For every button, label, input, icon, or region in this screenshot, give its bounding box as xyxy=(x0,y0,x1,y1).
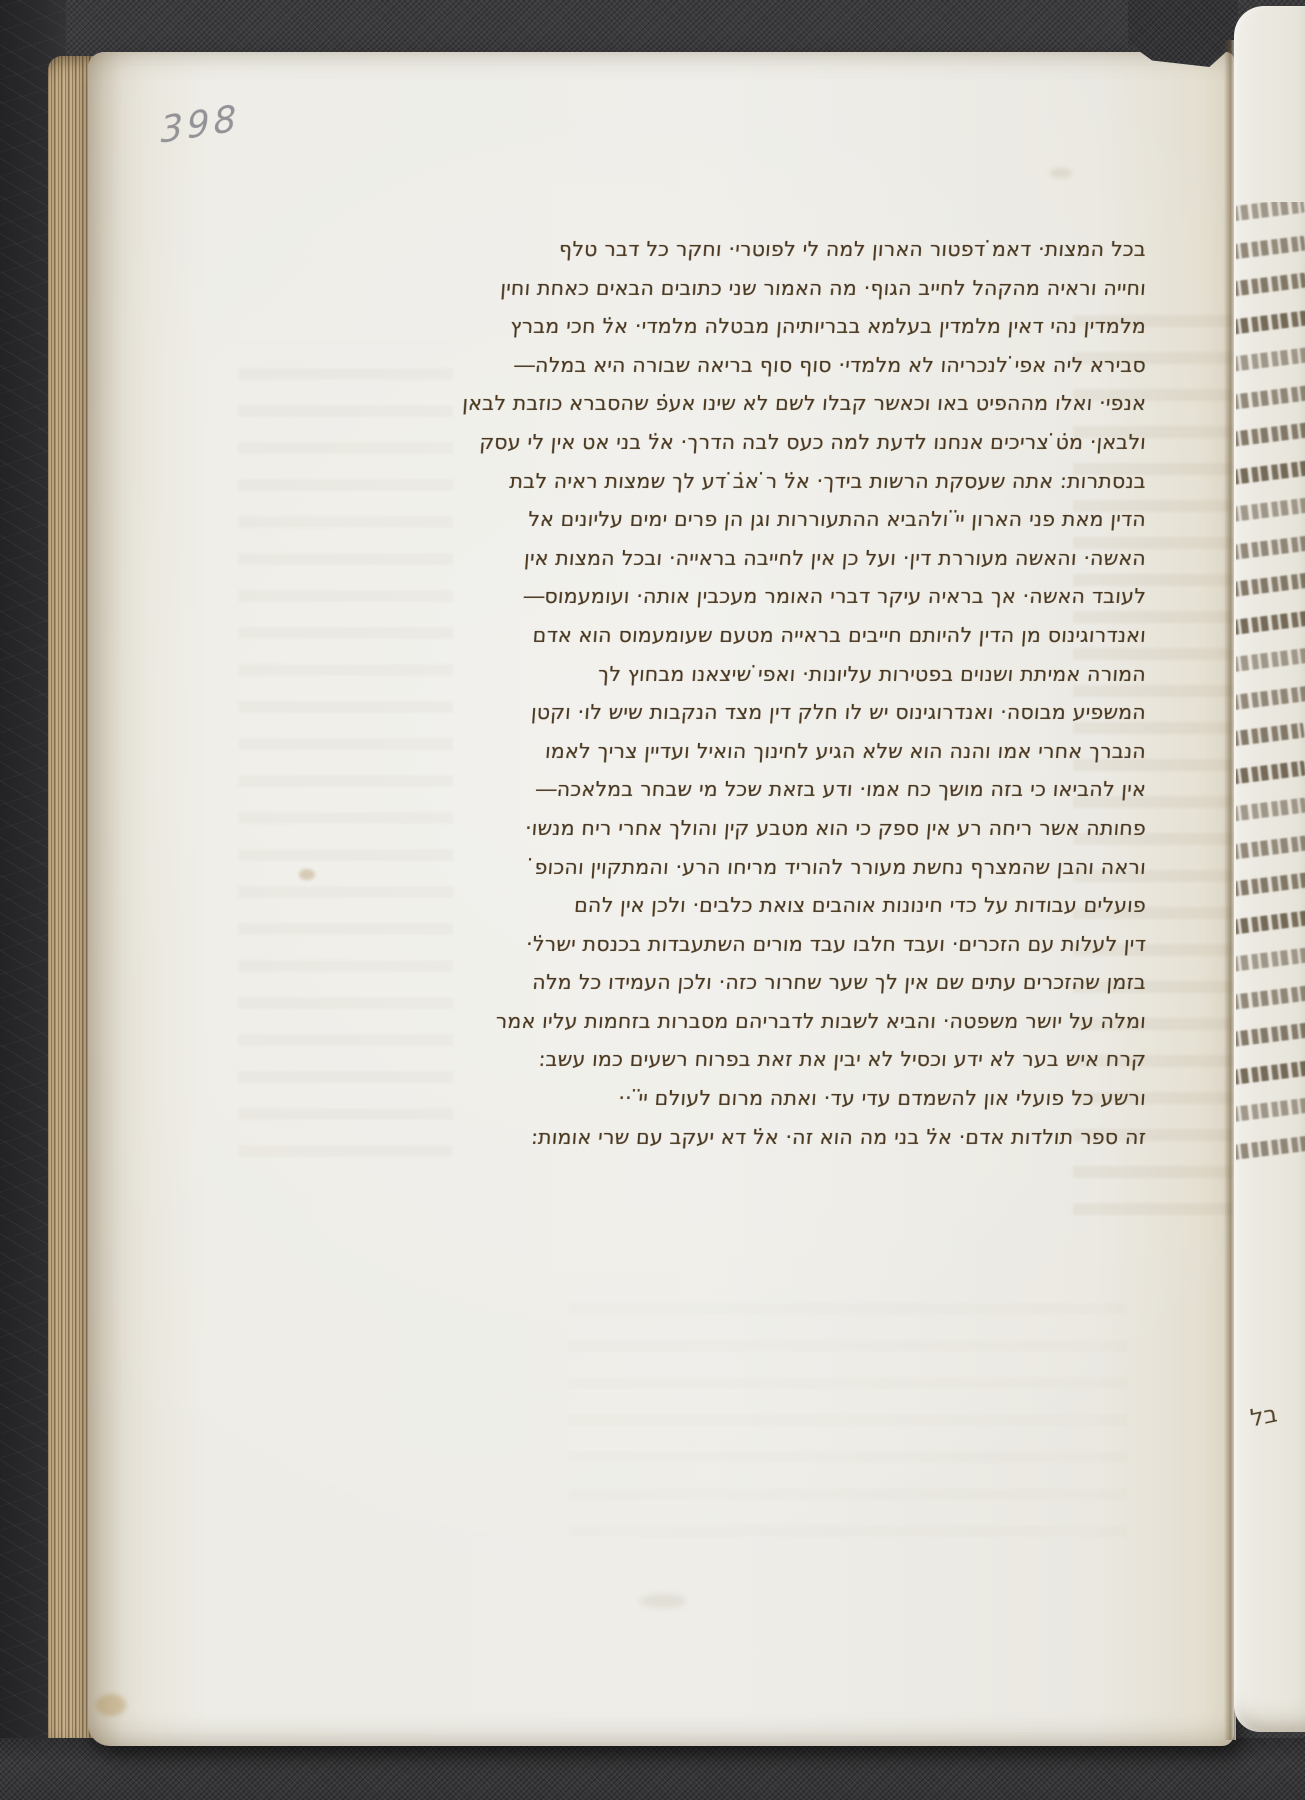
next-folio-ghost-line xyxy=(1236,684,1305,709)
manuscript-line: מלמדין נהי דאין מלמדין בעלמא בבריותיהן מ… xyxy=(367,307,1148,346)
next-folio-ghost-line xyxy=(1236,910,1305,934)
catchword: בל xyxy=(1249,1399,1279,1433)
next-folio-ghost-line xyxy=(1236,497,1305,522)
manuscript-line: ולבאן· מ̇ט̇ צריכים אנחנו לדעת למה כעס לב… xyxy=(367,423,1148,462)
showthrough-ghost-lower xyxy=(568,1302,1128,1562)
manuscript-line: המורה אמיתת ושנוים בפטירות עליונות· ואפי… xyxy=(367,655,1148,694)
text-block: בכל המצות· דאמ̇ דפטור הארון למה לי לפוטר… xyxy=(368,230,1146,1156)
next-folio-ghost-line xyxy=(1236,760,1305,784)
manuscript-line: פחותה אשר ריחה רע אין ספק כי הוא מטבע קי… xyxy=(367,809,1148,848)
manuscript-line: ורשע כל פועלי און להשמדם עדי עד· ואתה מר… xyxy=(367,1079,1148,1118)
manuscript-line: בכל המצות· דאמ̇ דפטור הארון למה לי לפוטר… xyxy=(367,230,1148,269)
next-folio-text-ghost xyxy=(1236,202,1305,1202)
manuscript-line: האשה· והאשה מעוררת דין· ועל כן אין לחייב… xyxy=(367,539,1148,578)
manuscript-line: קרח איש בער לא ידע וכסיל לא יבין את זאת … xyxy=(367,1040,1148,1079)
next-folio-ghost-line xyxy=(1236,647,1305,672)
manuscript-line: זה ספר תולדות אדם· א̇ל בני מה הוא זה· א̇… xyxy=(367,1118,1148,1157)
manuscript-line: ומלה על יושר משפטה· והביא לשבות לדבריהם … xyxy=(367,1002,1148,1041)
next-folio-ghost-line xyxy=(1236,460,1305,485)
next-folio-ghost-line xyxy=(1236,1060,1305,1085)
manuscript-line: אין להביאו כי בזה מושך כח אמו· ודע בזאת … xyxy=(367,770,1148,809)
book-photo: 398 בכל המצות· דאמ̇ דפטור הארון למה לי ל… xyxy=(0,0,1305,1800)
manuscript-line: סבירא ליה אפי̇ לנכריהו לא מלמדי· סוף סוף… xyxy=(367,346,1148,385)
manuscript-line: הנברך אחרי אמו והנה הוא שלא הגיע לחינוך … xyxy=(367,732,1148,771)
manuscript-line: וראה והבן שהמצרף נחשת מעורר להוריד מריחו… xyxy=(367,848,1148,887)
next-folio-ghost-line xyxy=(1236,985,1305,1010)
next-folio-edge: בל xyxy=(1234,6,1305,1732)
next-folio-ghost-line xyxy=(1236,310,1305,334)
next-folio-ghost-line xyxy=(1236,723,1305,747)
manuscript-line: הדין מאת פני הארון י̇י̇ ולהביא ההתעוררות… xyxy=(367,500,1148,539)
next-folio-ghost-line xyxy=(1236,1134,1305,1159)
next-folio-ghost-line xyxy=(1236,798,1305,822)
next-folio-ghost-line xyxy=(1236,347,1305,371)
binding-cover-bottom xyxy=(0,1738,1305,1800)
next-folio-ghost-line xyxy=(1236,609,1305,634)
manuscript-line: המשפיע מבוסה· ואנדרוגינוס יש לו חלק דין … xyxy=(367,693,1148,732)
next-folio-ghost-line xyxy=(1236,535,1305,560)
next-folio-ghost-line xyxy=(1236,1022,1305,1047)
next-folio-ghost-line xyxy=(1236,1097,1305,1122)
manuscript-line: בזמן שהזכרים עתים שם אין לך שער שחרור כז… xyxy=(367,963,1148,1002)
next-folio-ghost-line xyxy=(1236,572,1305,597)
manuscript-line: בנסתרות: אתה שעסקת הרשות בידך· א̇ל ר̇ א̇… xyxy=(367,462,1148,501)
manuscript-line: לעובד האשה· אך בראיה עיקר דברי האומר מעכ… xyxy=(367,577,1148,616)
next-folio-ghost-line xyxy=(1236,835,1305,859)
next-folio-ghost-line xyxy=(1236,422,1305,446)
manuscript-line: ואנדרוגינוס מן הדין להיותם חייבים בראייה… xyxy=(367,616,1148,655)
next-folio-ghost-line xyxy=(1236,273,1305,297)
next-folio-ghost-line xyxy=(1236,385,1305,409)
manuscript-line: אנפי· ואלו מההפיט באו וכאשר קבלו לשם לא … xyxy=(367,384,1148,423)
next-folio-ghost-line xyxy=(1236,235,1305,259)
manuscript-line: דין לעלות עם הזכרים· ועבד חלבו עבד מורים… xyxy=(367,925,1148,964)
manuscript-line: פועלים עבודות על כדי חינונות אוהבים צואת… xyxy=(367,886,1148,925)
next-folio-ghost-line xyxy=(1236,202,1305,221)
manuscript-line: וחייה וראיה מהקהל לחייב הגוף· מה האמור ש… xyxy=(367,269,1148,308)
next-folio-ghost-line xyxy=(1236,947,1305,971)
next-folio-ghost-line xyxy=(1236,872,1305,896)
